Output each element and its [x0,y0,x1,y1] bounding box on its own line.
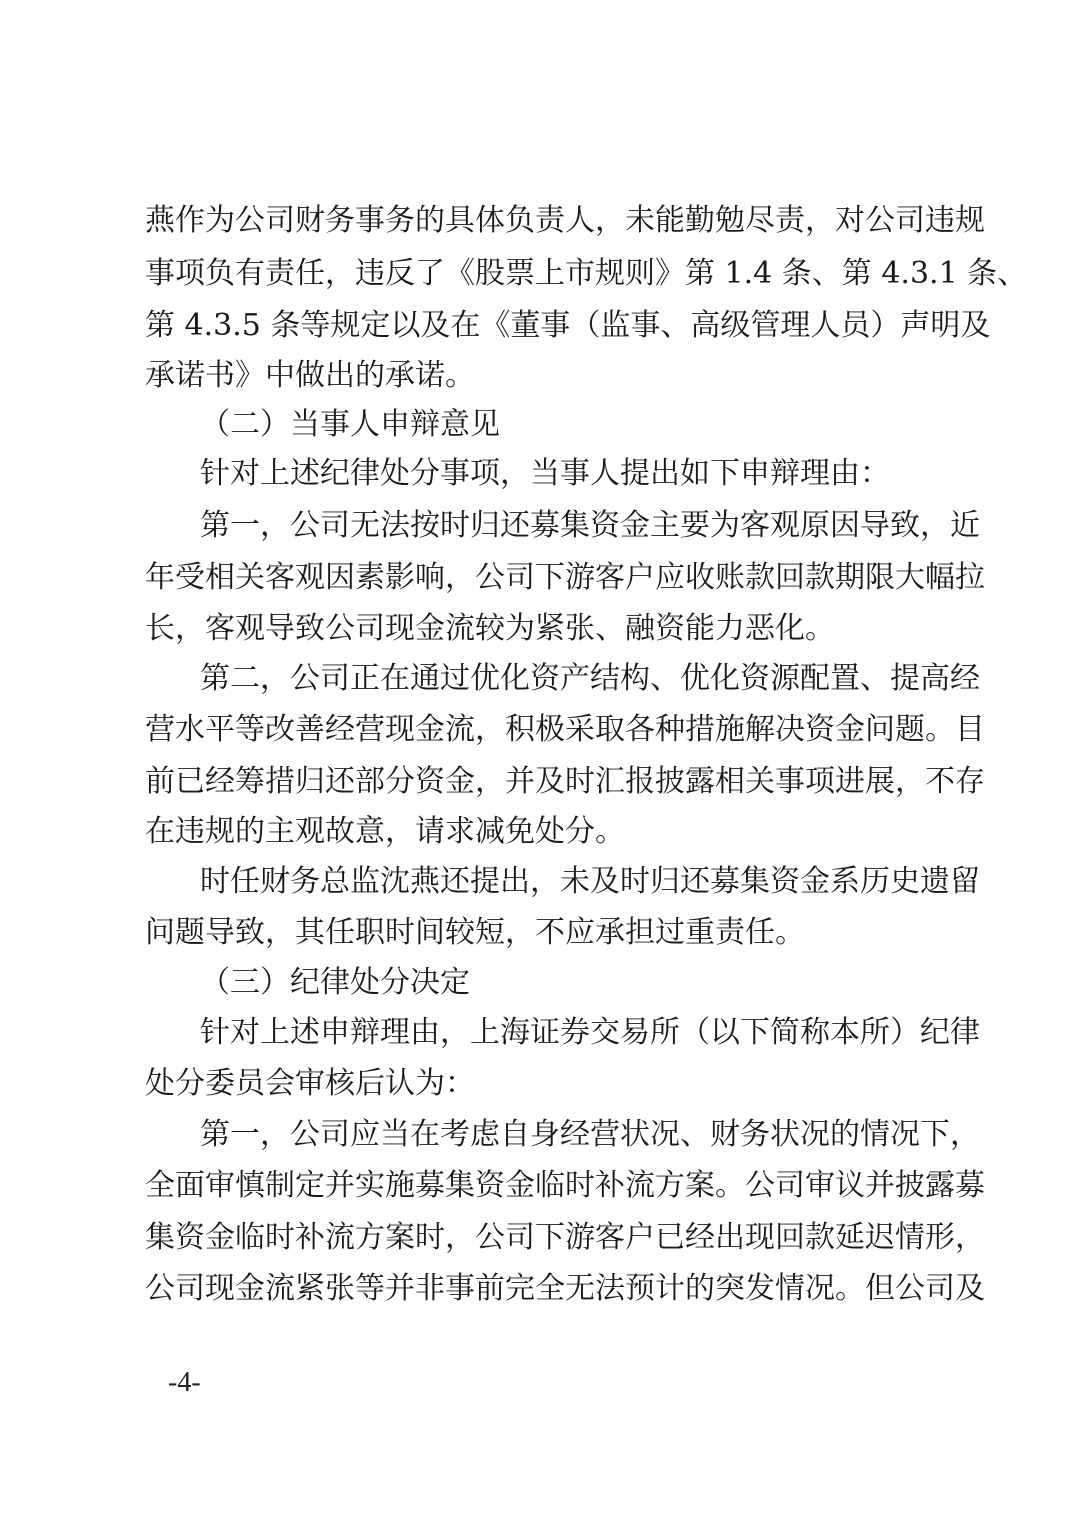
paragraph-line: 第 4.3.5 条等规定以及在《董事（监事、高级管理人员）声明及 [145,306,945,346]
paragraph-line: 燕作为公司财务事务的具体负责人，未能勤勉尽责，对公司违规 [145,201,945,241]
paragraph-line: 处分委员会审核后认为： [145,1064,945,1104]
paragraph-line: 前已经筹措归还部分资金，并及时汇报披露相关事项进展，不存 [145,762,945,802]
paragraph-line: 问题导致，其任职时间较短，不应承担过重责任。 [145,913,945,953]
paragraph-line: 年受相关客观因素影响，公司下游客户应收账款回款期限大幅拉 [145,558,945,598]
paragraph-line: 集资金临时补流方案时，公司下游客户已经出现回款延迟情形， [145,1218,945,1258]
paragraph-line: 长，客观导致公司现金流较为紧张、融资能力恶化。 [145,609,945,649]
paragraph-line: 承诺书》中做出的承诺。 [145,356,945,396]
paragraph-line: 全面审慎制定并实施募集资金临时补流方案。公司审议并披露募 [145,1166,945,1206]
paragraph-line: 时任财务总监沈燕还提出，未及时归还募集资金系历史遗留 [200,862,945,902]
section-heading-2: （二）当事人申辩意见 [200,405,500,445]
paragraph-line: 营水平等改善经营现金流，积极采取各种措施解决资金问题。目 [145,710,945,750]
paragraph-line: 事项负有责任，违反了《股票上市规则》第 1.4 条、第 4.3.1 条、 [145,254,945,294]
section-heading-3: （三）纪律处分决定 [200,963,470,1003]
paragraph-line: 第一，公司应当在考虑自身经营状况、财务状况的情况下， [200,1115,945,1155]
paragraph-line: 针对上述纪律处分事项，当事人提出如下申辩理由： [200,454,945,494]
paragraph-line: 在违规的主观故意，请求减免处分。 [145,812,945,852]
paragraph-line: 第二，公司正在通过优化资产结构、优化资源配置、提高经 [200,659,945,699]
page-number: -4- [168,1365,201,1401]
paragraph-line: 公司现金流紧张等并非事前完全无法预计的突发情况。但公司及 [145,1269,945,1309]
paragraph-line: 针对上述申辩理由，上海证券交易所（以下简称本所）纪律 [200,1013,945,1053]
paragraph-line: 第一，公司无法按时归还募集资金主要为客观原因导致，近 [200,506,945,546]
document-page: 燕作为公司财务事务的具体负责人，未能勤勉尽责，对公司违规 事项负有责任，违反了《… [0,0,1080,1527]
